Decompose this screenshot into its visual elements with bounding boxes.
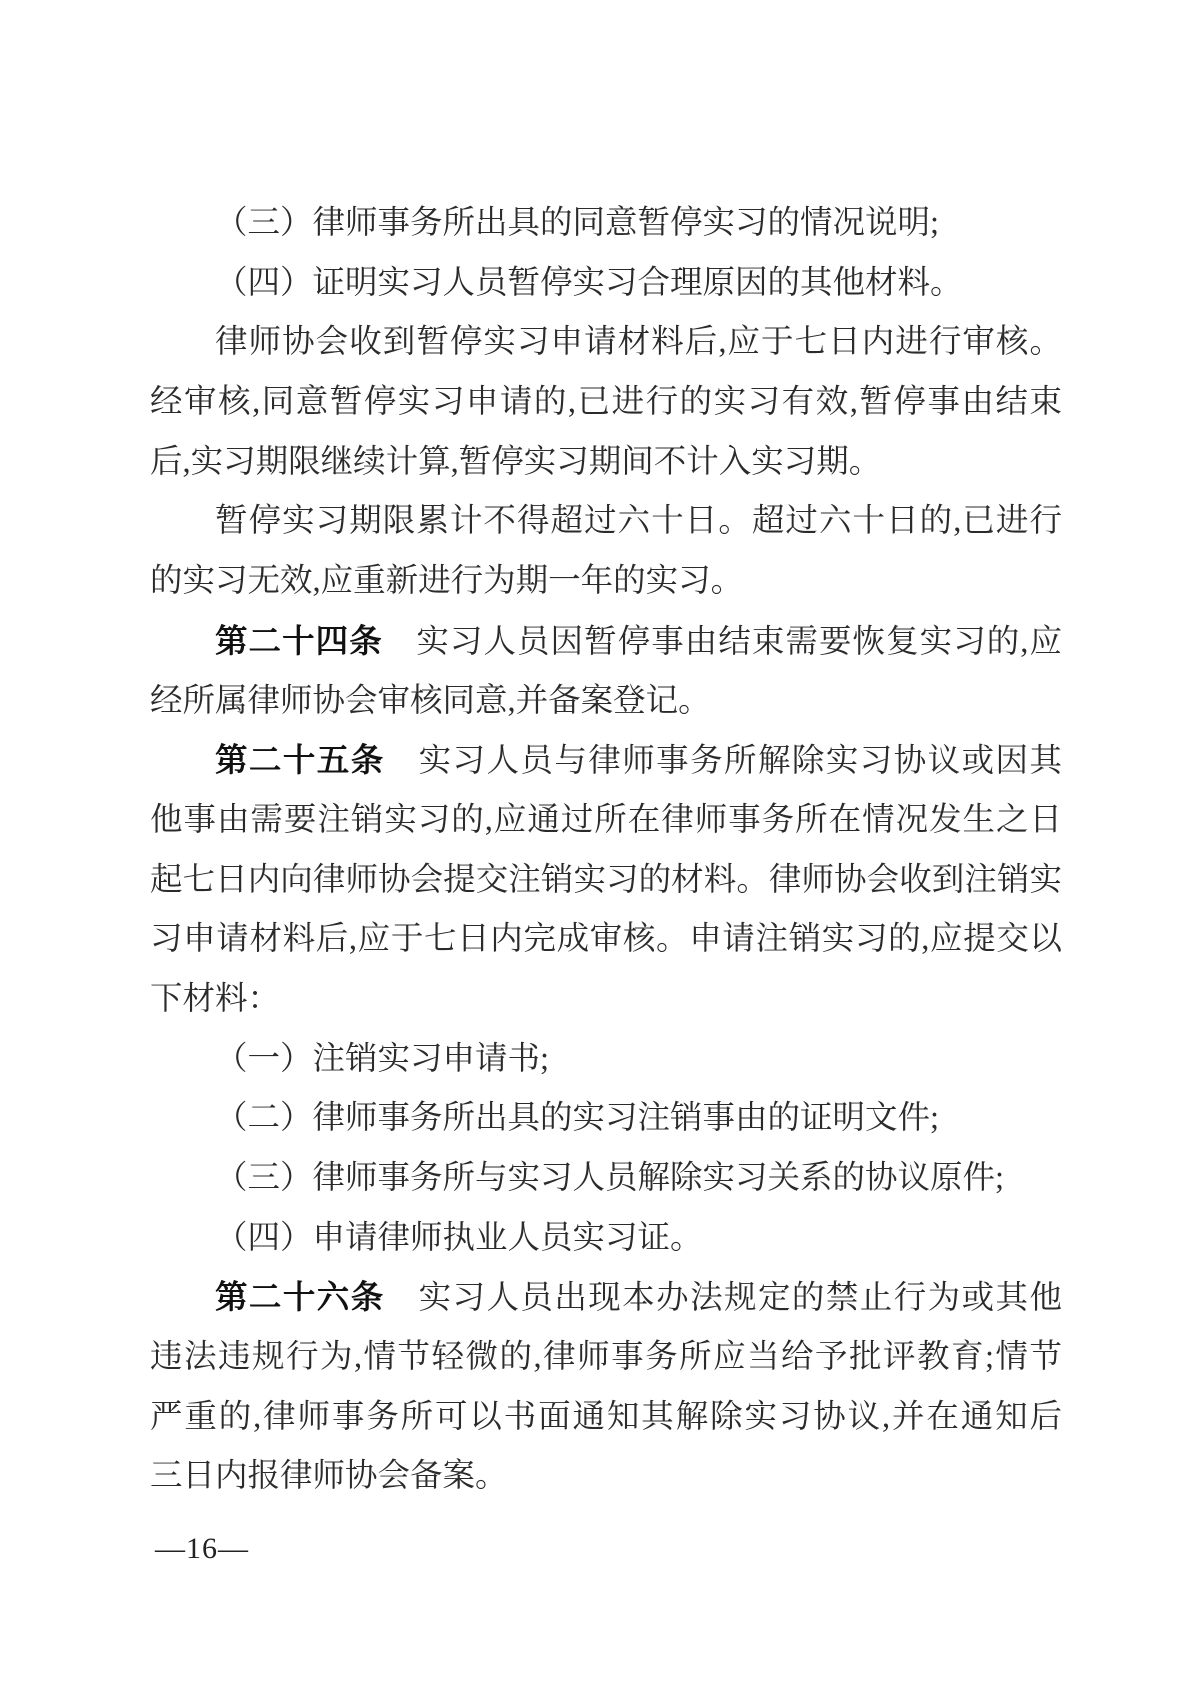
text-line: 律师协会收到暂停实习申请材料后,应于七日内进行审核。: [150, 313, 1062, 373]
line-text: 律师协会收到暂停实习申请材料后,应于七日内进行审核。: [215, 324, 1062, 360]
text-line: （三）律师事务所与实习人员解除实习关系的协议原件;: [150, 1149, 1062, 1209]
article-line: 第二十四条 实习人员因暂停事由结束需要恢复实习的,应: [150, 612, 1062, 672]
document-body: （三）律师事务所出具的同意暂停实习的情况说明;（四）证明实习人员暂停实习合理原因…: [150, 194, 1062, 1507]
line-text: （四）申请律师执业人员实习证。: [215, 1220, 703, 1256]
line-text: 经所属律师协会审核同意,并备案登记。: [150, 683, 711, 719]
line-text: 他事由需要注销实习的,应通过所在律师事务所在情况发生之日: [150, 802, 1062, 838]
text-line: 三日内报律师协会备案。: [150, 1447, 1062, 1507]
text-line: 经审核,同意暂停实习申请的,已进行的实习有效,暂停事由结束: [150, 373, 1062, 433]
text-line: 他事由需要注销实习的,应通过所在律师事务所在情况发生之日: [150, 791, 1062, 851]
line-text: 三日内报律师协会备案。: [150, 1458, 508, 1494]
document-page: （三）律师事务所出具的同意暂停实习的情况说明;（四）证明实习人员暂停实习合理原因…: [0, 0, 1199, 1696]
line-text: 经审核,同意暂停实习申请的,已进行的实习有效,暂停事由结束: [150, 384, 1062, 420]
line-text: 的实习无效,应重新进行为期一年的实习。: [150, 563, 743, 599]
line-text: （四）证明实习人员暂停实习合理原因的其他材料。: [215, 265, 963, 301]
text-line: 起七日内向律师协会提交注销实习的材料。律师协会收到注销实: [150, 851, 1062, 911]
text-line: （二）律师事务所出具的实习注销事由的证明文件;: [150, 1089, 1062, 1149]
line-text: 严重的,律师事务所可以书面通知其解除实习协议,并在通知后: [150, 1399, 1062, 1435]
article-number-heading: 第二十四条: [215, 623, 383, 659]
line-text: 实习人员出现本办法规定的禁止行为或其他: [385, 1280, 1062, 1316]
line-text: 暂停实习期限累计不得超过六十日。超过六十日的,已进行: [215, 503, 1062, 539]
text-line: 经所属律师协会审核同意,并备案登记。: [150, 672, 1062, 732]
text-line: 习申请材料后,应于七日内完成审核。申请注销实习的,应提交以: [150, 910, 1062, 970]
line-text: 起七日内向律师协会提交注销实习的材料。律师协会收到注销实: [150, 862, 1062, 898]
line-text: 违法违规行为,情节轻微的,律师事务所应当给予批评教育;情节: [150, 1339, 1062, 1375]
article-number-heading: 第二十五条: [215, 742, 385, 778]
page-number: —16—: [155, 1532, 249, 1565]
text-line: 后,实习期限继续计算,暂停实习期间不计入实习期。: [150, 433, 1062, 493]
line-text: （一）注销实习申请书;: [215, 1041, 549, 1077]
line-text: （三）律师事务所与实习人员解除实习关系的协议原件;: [215, 1160, 1004, 1196]
text-line: 下材料：: [150, 970, 1062, 1030]
line-text: （二）律师事务所出具的实习注销事由的证明文件;: [215, 1100, 939, 1136]
line-text: 实习人员与律师事务所解除实习协议或因其: [385, 743, 1062, 779]
text-line: （四）申请律师执业人员实习证。: [150, 1209, 1062, 1269]
text-line: （一）注销实习申请书;: [150, 1030, 1062, 1090]
article-number-heading: 第二十六条: [215, 1279, 385, 1315]
text-line: 的实习无效,应重新进行为期一年的实习。: [150, 552, 1062, 612]
line-text: 实习人员因暂停事由结束需要恢复实习的,应: [383, 624, 1062, 660]
page-footer: —16—: [155, 1528, 249, 1570]
text-line: 暂停实习期限累计不得超过六十日。超过六十日的,已进行: [150, 492, 1062, 552]
article-line: 第二十五条 实习人员与律师事务所解除实习协议或因其: [150, 731, 1062, 791]
line-text: 下材料：: [150, 981, 280, 1017]
text-line: 严重的,律师事务所可以书面通知其解除实习协议,并在通知后: [150, 1388, 1062, 1448]
line-text: 后,实习期限继续计算,暂停实习期间不计入实习期。: [150, 444, 881, 480]
article-line: 第二十六条 实习人员出现本办法规定的禁止行为或其他: [150, 1268, 1062, 1328]
line-text: 习申请材料后,应于七日内完成审核。申请注销实习的,应提交以: [150, 921, 1062, 957]
line-text: （三）律师事务所出具的同意暂停实习的情况说明;: [215, 205, 939, 241]
text-line: （四）证明实习人员暂停实习合理原因的其他材料。: [150, 254, 1062, 314]
text-line: （三）律师事务所出具的同意暂停实习的情况说明;: [150, 194, 1062, 254]
text-line: 违法违规行为,情节轻微的,律师事务所应当给予批评教育;情节: [150, 1328, 1062, 1388]
